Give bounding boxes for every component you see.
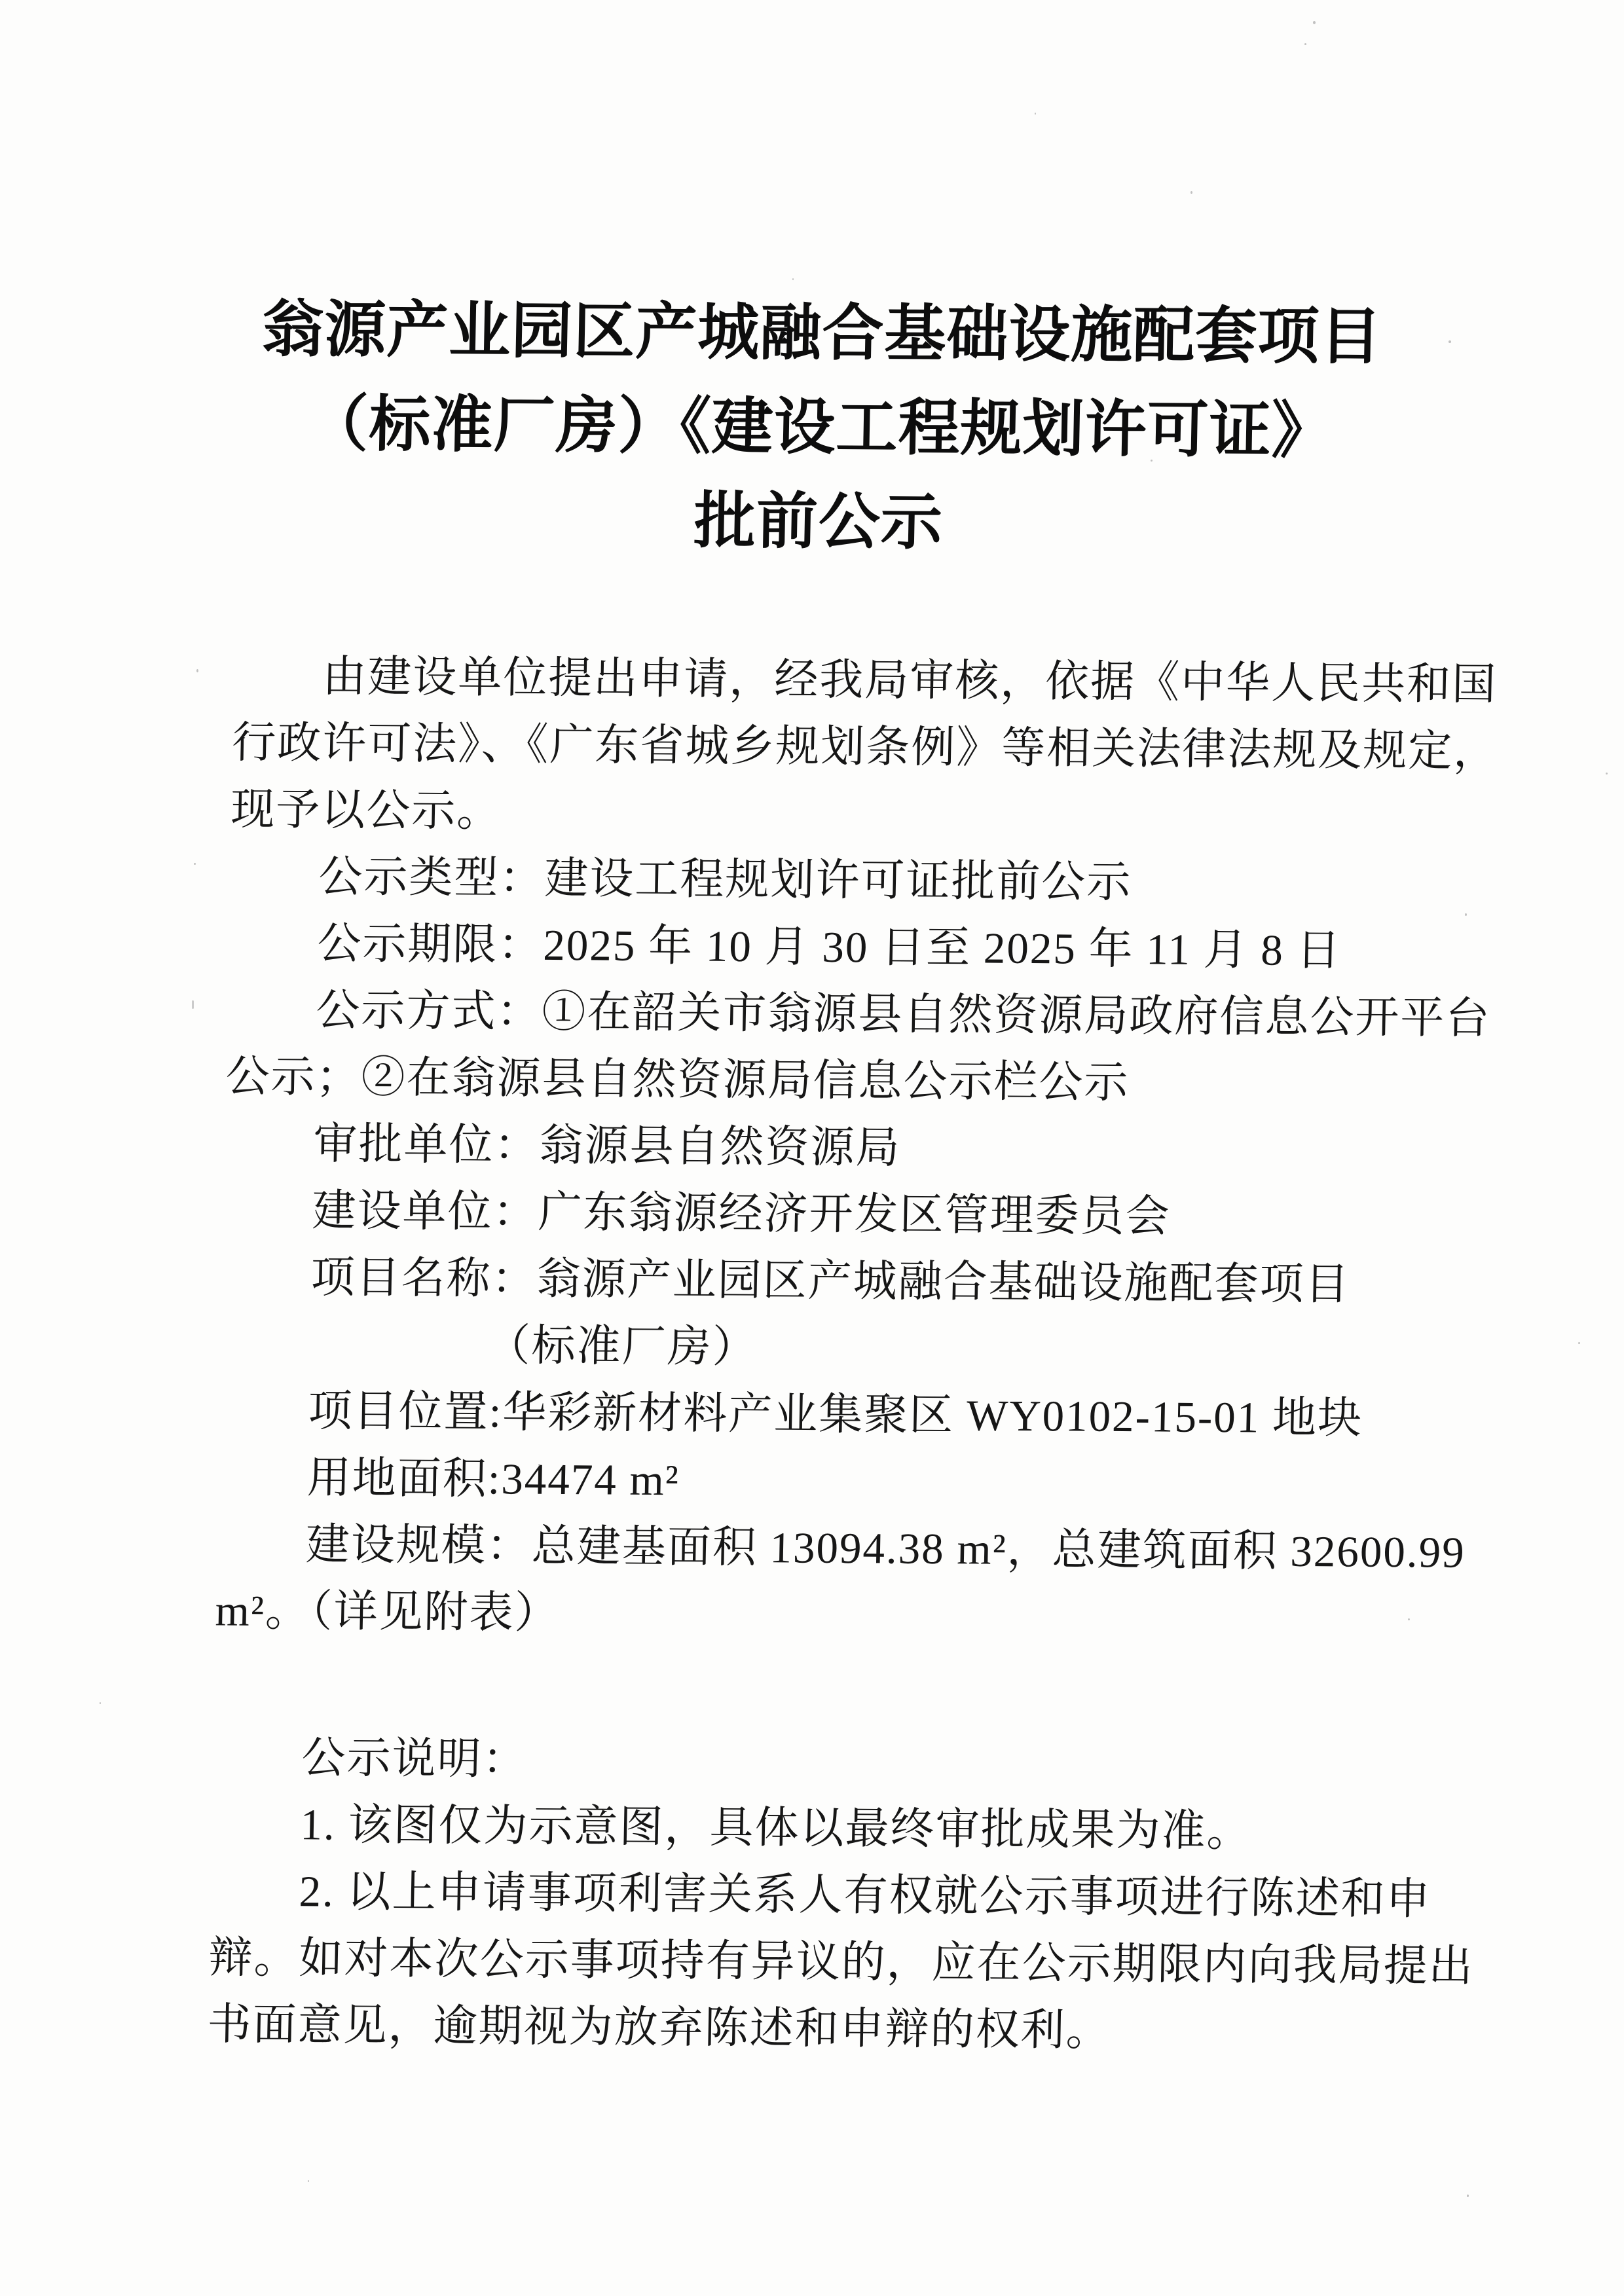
body-line: 项目名称：翁源产业园区产城融合基础设施配套项目 xyxy=(221,1243,1439,1319)
scan-speck xyxy=(100,1702,101,1704)
scan-speck xyxy=(1035,113,1036,115)
scan-speck xyxy=(1190,191,1192,194)
body-line: 建设单位：广东翁源经济开发区管理委员会 xyxy=(223,1176,1441,1252)
scanned-notice-page: 翁源产业园区产城融合基础设施配套项目 （标准厂房）《建设工程规划许可证》 批前公… xyxy=(0,0,1624,2296)
body-line: 公示期限：2025 年 10 月 30 日至 2025 年 11 月 8 日 xyxy=(227,909,1445,985)
scan-speck xyxy=(858,1977,860,1979)
body-line: 建设规模：总建基面积 13094.38 m²，总建筑面积 32600.99 xyxy=(216,1510,1434,1586)
title-line: 批前公示 xyxy=(210,471,1428,574)
scan-speck xyxy=(1313,21,1316,24)
scan-speck xyxy=(1151,460,1153,462)
scan-speck xyxy=(538,1464,540,1466)
body-line: 公示说明： xyxy=(212,1724,1430,1799)
body-line: 公示方式：①在韶关市翁源县自然资源局政府信息公开平台 xyxy=(226,976,1444,1051)
body-line: （标准厂房） xyxy=(220,1310,1438,1385)
body-line: 书面意见，逾期视为放弃陈述和申辩的权利。 xyxy=(207,1991,1425,2066)
body-line: 用地面积:34474 m² xyxy=(217,1444,1435,1519)
body-line: 2. 以上申请事项利害关系人有权就公示事项进行陈述和申 xyxy=(210,1857,1428,1933)
notice-body: 由建设单位提出申请，经我局审核，依据《中华人民共和国 行政许可法》、《广东省城乡… xyxy=(207,643,1450,2067)
body-line: m²。（详见附表） xyxy=(215,1577,1433,1652)
scan-mark xyxy=(192,1000,194,1009)
scan-speck xyxy=(1304,43,1306,45)
scan-content: 翁源产业园区产城融合基础设施配套项目 （标准厂房）《建设工程规划许可证》 批前公… xyxy=(207,0,1463,2066)
scan-speck xyxy=(1465,913,1467,916)
body-line: 公示类型：建设工程规划许可证批前公示 xyxy=(229,843,1447,919)
scan-speck xyxy=(792,278,794,280)
scan-speck xyxy=(196,669,198,672)
scan-speck xyxy=(1467,2195,1469,2197)
scan-speck xyxy=(1408,1618,1410,1620)
body-line: 由建设单位提出申请，经我局审核，依据《中华人民共和国 xyxy=(232,643,1450,718)
scan-speck xyxy=(1578,1342,1580,1344)
body-line: 1. 该图仅为示意图，具体以最终审批成果为准。 xyxy=(211,1791,1429,1866)
scan-speck xyxy=(1606,773,1608,774)
notice-title: 翁源产业园区产城融合基础设施配套项目 （标准厂房）《建设工程规划许可证》 批前公… xyxy=(210,282,1431,574)
body-line: 公示；②在翁源县自然资源局信息公示栏公示 xyxy=(225,1043,1443,1118)
body-line: 辩。如对本次公示事项持有异议的，应在公示期限内向我局提出 xyxy=(208,1924,1426,1999)
blank-line xyxy=(213,1644,1431,1732)
title-line: （标准厂房）《建设工程规划许可证》 xyxy=(211,376,1430,479)
scan-speck xyxy=(308,2180,309,2182)
scan-speck xyxy=(194,863,196,865)
body-line: 项目位置:华彩新材料产业集聚区 WY0102-15-01 地块 xyxy=(219,1377,1437,1452)
body-line: 现予以公示。 xyxy=(230,776,1448,852)
body-line: 行政许可法》、《广东省城乡规划条例》等相关法律法规及规定， xyxy=(231,710,1449,785)
title-line: 翁源产业园区产城融合基础设施配套项目 xyxy=(213,282,1431,385)
body-line: 审批单位：翁源县自然资源局 xyxy=(224,1110,1442,1185)
scan-speck xyxy=(1449,340,1451,343)
